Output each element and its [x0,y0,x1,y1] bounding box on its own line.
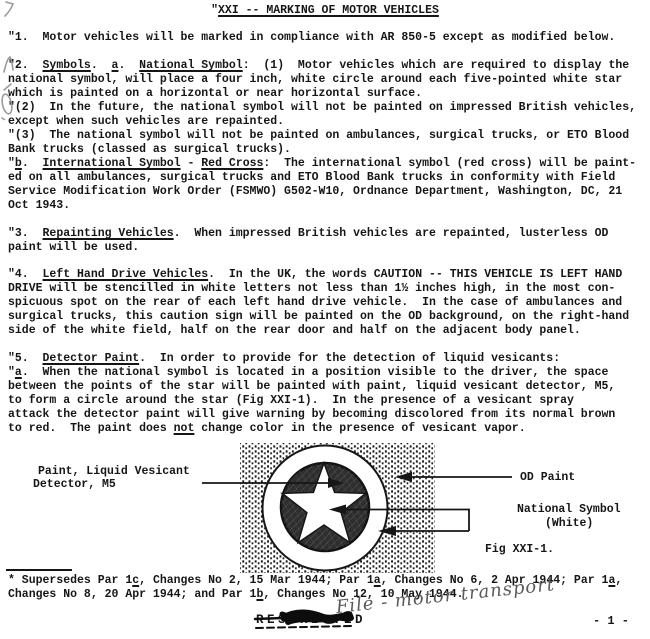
detector-paint-hatch [281,463,369,551]
text-line: "(3) The national symbol will not be pai… [8,129,636,143]
detector-paint-arrow [202,478,344,488]
paragraph-3-repainting: "3. Repainting Vehicles. When impressed … [8,227,608,255]
document-page: "XXI -- MARKING OF MOTOR VEHICLES "1. Mo… [0,0,650,639]
text-line: side of the white field, half on the rea… [8,324,629,338]
national-star [282,463,366,543]
text-line: surgical trucks, this caution sign will … [8,310,629,324]
text-line: between the points of the star will be p… [8,380,615,394]
text-line: "a. When the national symbol is located … [8,366,615,380]
text-line: DRIVE will be stencilled in white letter… [8,282,629,296]
text-line: Oct 1943. [8,199,636,213]
paragraph-4-left-hand-drive: "4. Left Hand Drive Vehicles. In the UK,… [8,268,629,338]
text-line: "b. International Symbol - Red Cross: Th… [8,157,636,171]
figure-label-national-symbol-line1: National Symbol [517,503,621,516]
figure-caption: Fig XXI-1. [485,543,554,556]
page-number: - 1 - [593,614,629,628]
text-line: "XXI -- MARKING OF MOTOR VEHICLES [0,4,650,18]
text-line: "1. Motor vehicles will be marked in com… [8,31,615,45]
figure-label-detector-paint-line2: Detector, M5 [33,478,116,491]
page-title: "XXI -- MARKING OF MOTOR VEHICLES [0,4,650,18]
text-line: "5. Detector Paint. In order to provide … [8,352,615,366]
figure-label-detector-paint-line1: Paint, Liquid Vesicant [38,465,190,478]
text-line: spicuous spot on the rear of each left h… [8,296,629,310]
text-line: except when such vehicles are repainted. [8,115,636,129]
text-line: "4. Left Hand Drive Vehicles. In the UK,… [8,268,629,282]
text-line: national symbol, will place a four inch,… [8,73,636,87]
text-line: to red. The paint does not change color … [8,422,615,436]
paragraph-1: "1. Motor vehicles will be marked in com… [8,31,615,45]
text-line: "(2) In the future, the national symbol … [8,101,636,115]
figure-label-national-symbol-line2: (White) [545,517,593,530]
text-line: "2. Symbols. a. National Symbol: (1) Mot… [8,59,636,73]
national-symbol-arrows [329,505,469,537]
text-line: which is painted on a horizontal or near… [8,87,636,101]
text-line: Bank trucks (classed as surgical trucks)… [8,143,636,157]
paragraph-2-symbols: "2. Symbols. a. National Symbol: (1) Mot… [8,59,636,213]
text-line: paint will be used. [8,241,608,255]
detector-paint-crosshatch [281,463,369,551]
text-line: ed on all ambulances, surgical trucks an… [8,171,636,185]
text-line: to form a circle around the star (Fig XX… [8,394,615,408]
od-paint-stipple-background [240,443,435,573]
paragraph-5-detector-paint: "5. Detector Paint. In order to provide … [8,352,615,436]
white-ring-circle [263,446,388,571]
figure-label-od-paint: OD Paint [520,471,575,484]
detector-paint-circle [281,463,369,551]
od-paint-arrow [395,472,512,482]
text-line: "3. Repainting Vehicles. When impressed … [8,227,608,241]
footnote-separator-line [6,569,72,571]
text-line: attack the detector paint will give warn… [8,408,615,422]
figure-xxi-1 [202,443,512,573]
text-line: Service Modification Work Order (FSMWO) … [8,185,636,199]
